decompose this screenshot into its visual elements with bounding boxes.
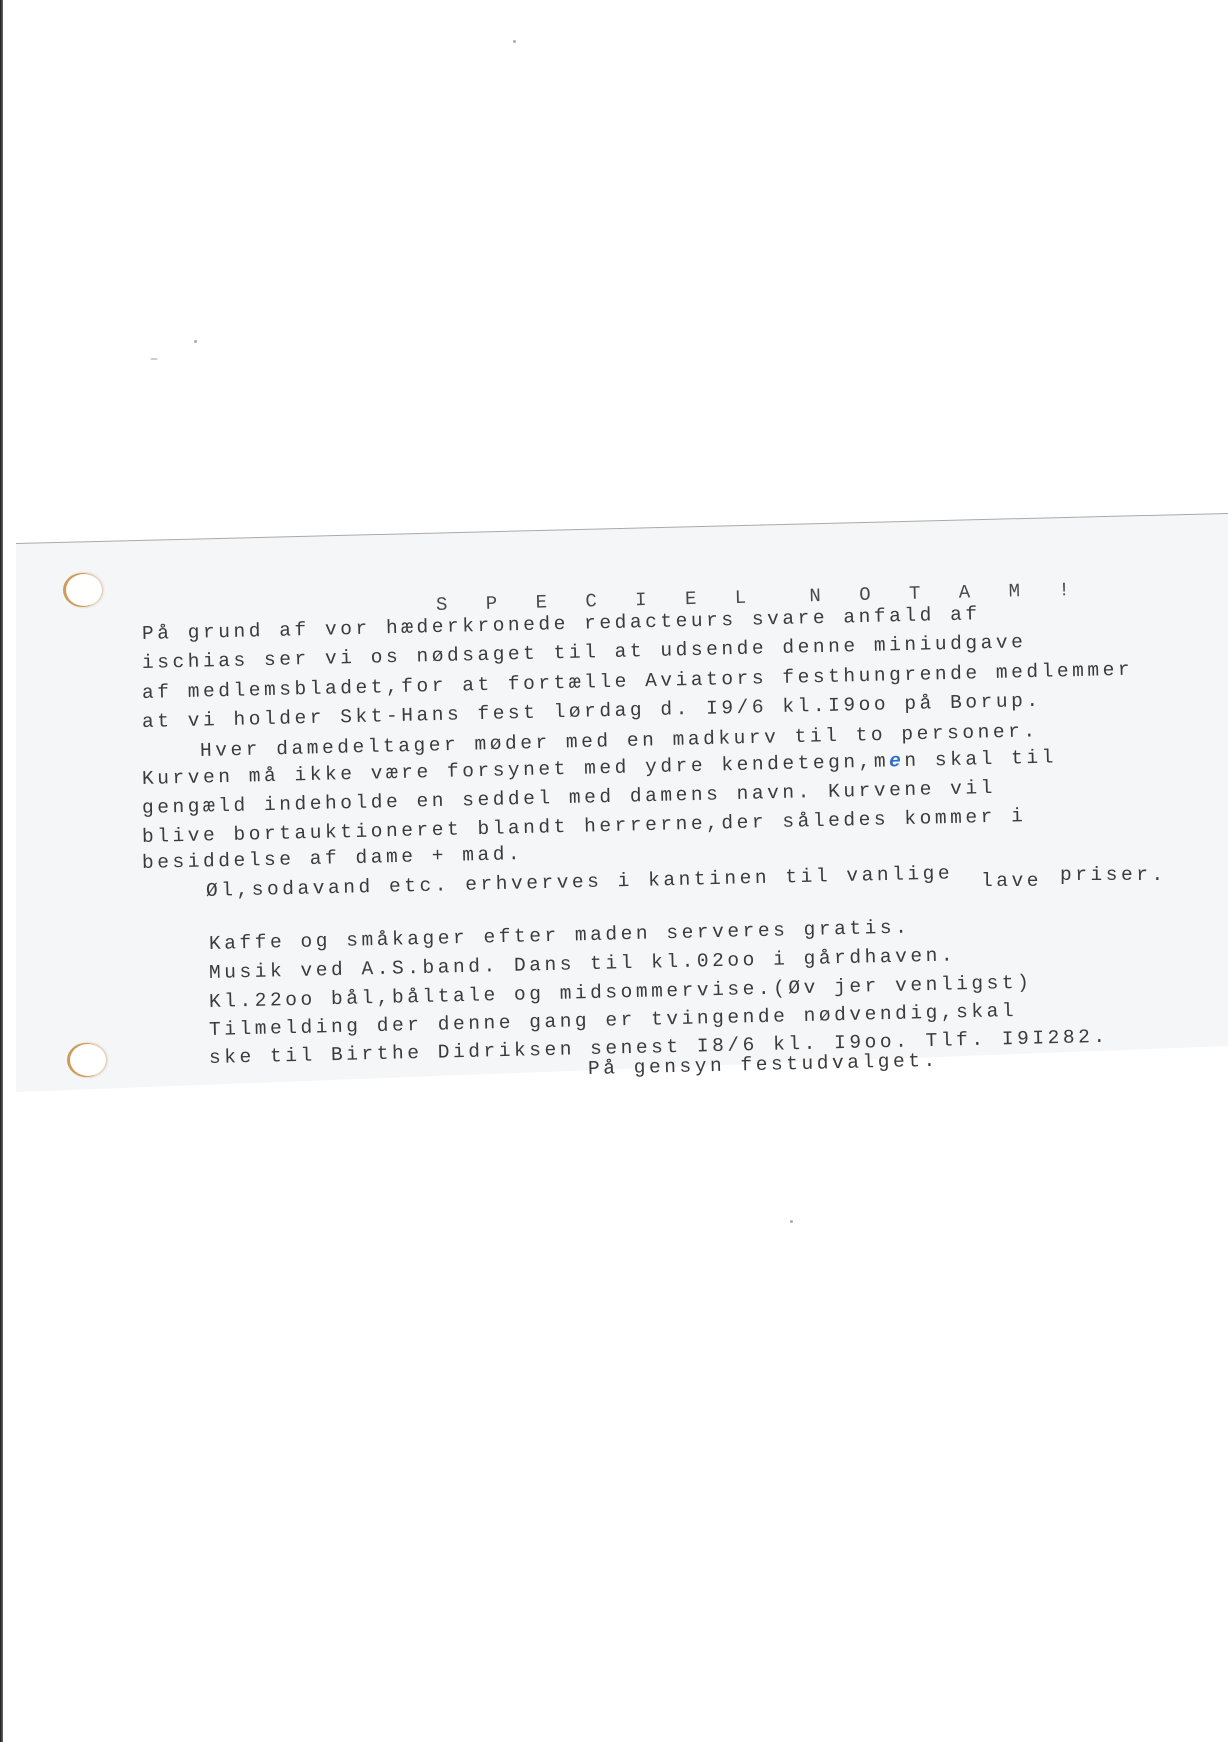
dust-speck <box>513 40 516 43</box>
handwritten-correction: e <box>889 750 905 772</box>
punch-hole <box>66 574 102 606</box>
dust-speck <box>194 340 197 343</box>
scanned-page: S P E C I E L N O T A M ! På grund af vo… <box>0 0 1228 1742</box>
scan-border <box>0 0 3 1742</box>
text-segment: n skal til <box>904 746 1057 772</box>
text-word: lave <box>981 870 1042 892</box>
text-word: priser. <box>1060 864 1167 886</box>
dust-speck <box>150 358 158 360</box>
punch-hole <box>70 1044 106 1076</box>
dust-speck <box>790 1220 793 1223</box>
